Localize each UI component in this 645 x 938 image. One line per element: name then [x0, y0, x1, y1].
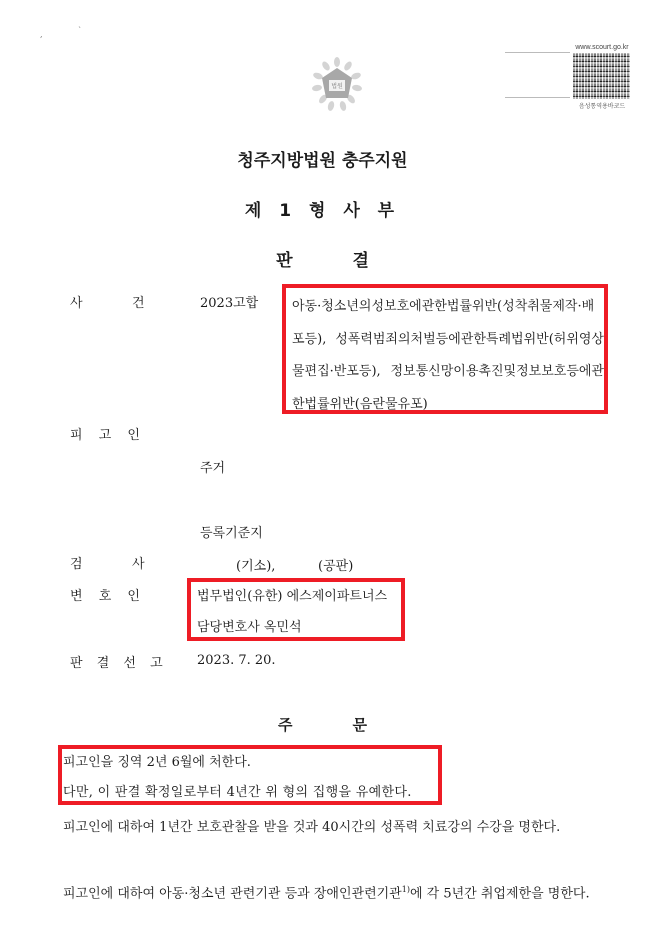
- divider: [505, 52, 570, 53]
- restriction-text: 에 각 5년간 취업제한을 명한다.: [410, 886, 590, 901]
- title-char: 판: [276, 246, 292, 271]
- qr-code-label: 음성통역용바코드: [570, 101, 634, 110]
- judgment-date-label: 판 결 선 고: [70, 652, 168, 671]
- address-label: 주거: [200, 457, 225, 476]
- restriction-text: 피고인에 대하여 아동·청소년 관련기관 등과 장애인관련기관: [63, 886, 402, 901]
- case-label: 사: [70, 292, 83, 311]
- title-char: 문: [353, 716, 368, 734]
- order-probation: 피고인에 대하여 1년간 보호관찰을 받을 것과 40시간의 성폭력 치료강의 …: [63, 812, 593, 844]
- prosecutor-trial: (공판): [318, 555, 353, 574]
- svg-text:법원: 법원: [331, 82, 343, 90]
- document-title: 판결: [0, 246, 645, 271]
- order-employment-restriction: 피고인에 대하여 아동·청소년 관련기관 등과 장애인관련기관1)에 각 5년간…: [63, 874, 593, 910]
- prosecutor-indictment: (기소),: [236, 555, 275, 574]
- registry-label: 등록기준지: [200, 522, 263, 541]
- prosecutor-label: 검: [70, 553, 83, 572]
- title-char: 결: [353, 246, 369, 271]
- case-number: 2023고합: [200, 292, 258, 311]
- defendant-label: 피 고 인: [70, 424, 140, 443]
- order-sentence: 피고인을 징역 2년 6월에 처한다.: [63, 751, 251, 770]
- counsel-firm: 법무법인(유한) 에스제이파트너스: [197, 585, 387, 604]
- case-charges: 아동·청소년의성보호에관한법률위반(성착취물제작·배포등), 성폭력범죄의처벌등…: [292, 291, 604, 421]
- court-name: 청주지방법원 충주지원: [0, 146, 645, 171]
- prosecutor-label: 사: [132, 553, 145, 572]
- divider: [505, 97, 570, 98]
- order-suspension: 다만, 이 판결 확정일로부터 4년간 위 형의 집행을 유예한다.: [63, 781, 412, 800]
- order-title: 주문: [0, 714, 645, 735]
- title-char: 주: [278, 716, 293, 734]
- case-label: 건: [132, 292, 145, 311]
- court-website-url: www.scourt.go.kr: [568, 44, 636, 51]
- scan-speck: `: [78, 26, 82, 35]
- division-name: 제 1 형 사 부: [0, 196, 645, 221]
- judgment-date: 2023. 7. 20.: [197, 653, 276, 668]
- qr-code: [573, 53, 630, 99]
- scan-speck: ,: [40, 30, 43, 39]
- footnote-mark[interactable]: 1): [402, 885, 410, 894]
- counsel-label: 변 호 인: [70, 585, 140, 604]
- court-emblem-icon: 법원: [312, 56, 362, 112]
- counsel-attorney: 담당변호사 옥민석: [197, 616, 302, 635]
